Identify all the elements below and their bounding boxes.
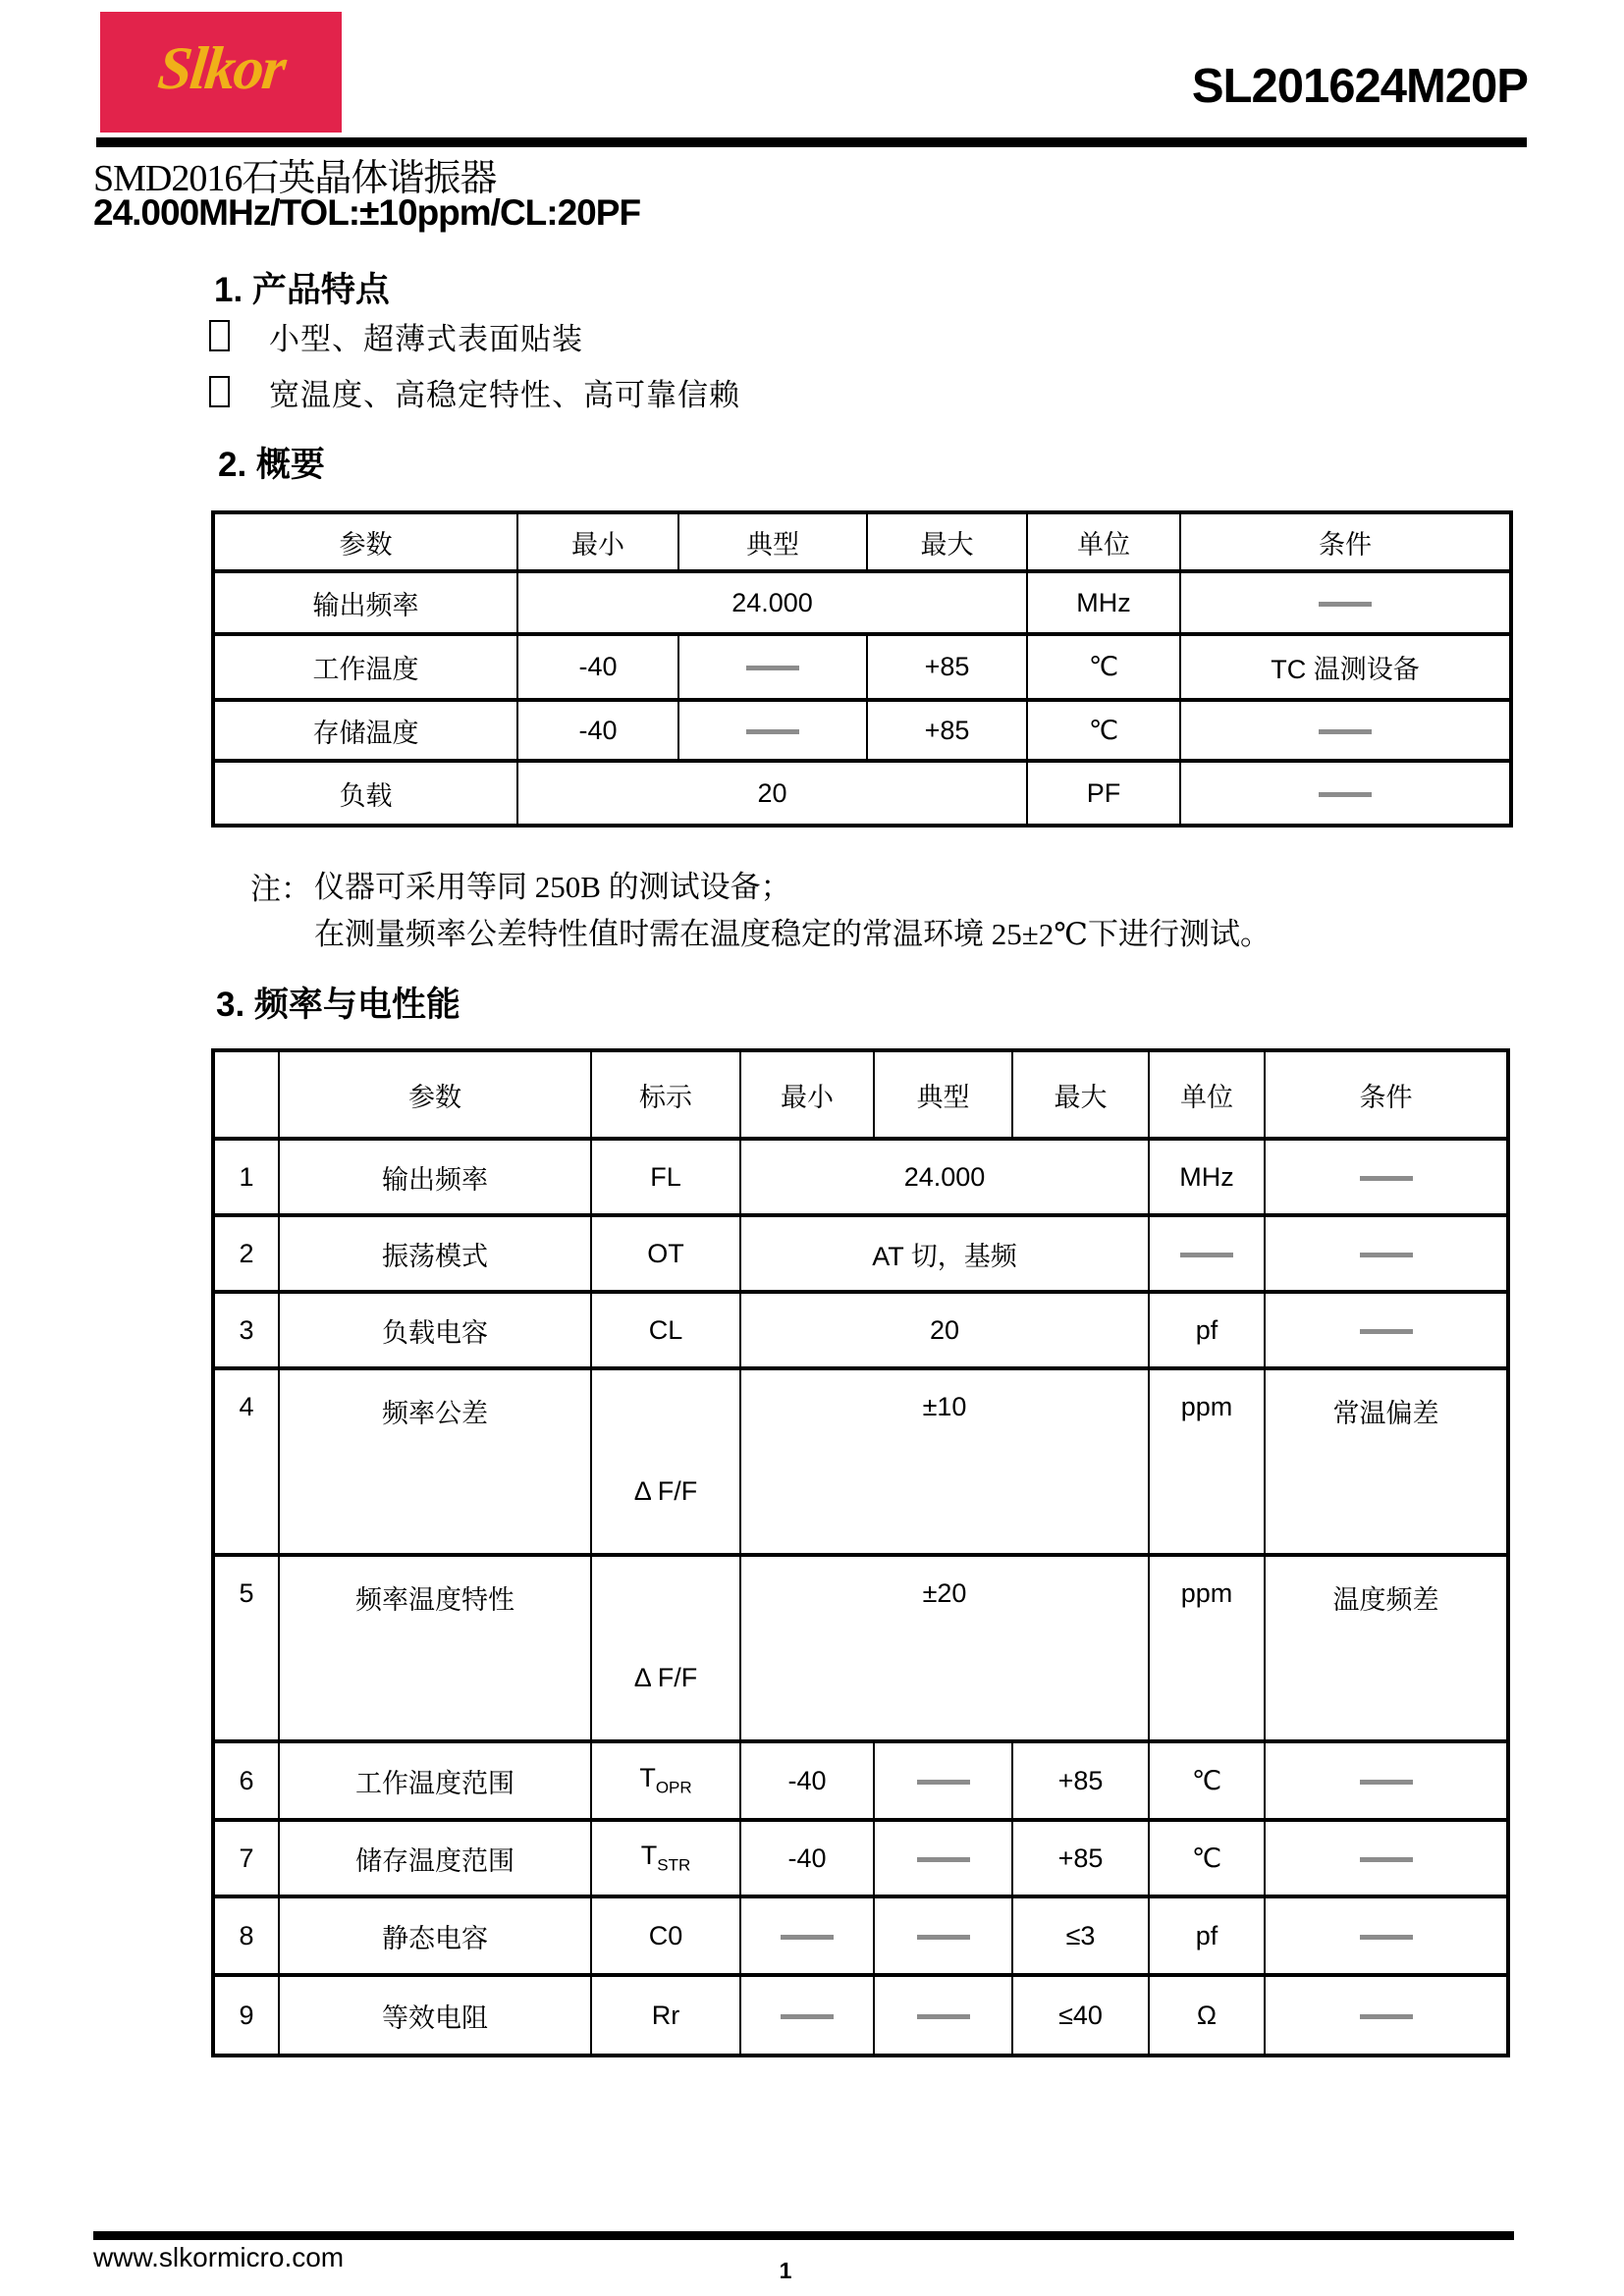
table-header-row: 参数 标示 最小 典型 最大 单位 条件 bbox=[213, 1050, 1508, 1139]
cell-param: 工作温度范围 bbox=[279, 1741, 591, 1820]
cell-index: 3 bbox=[213, 1292, 279, 1368]
col-header-symbol: 标示 bbox=[591, 1050, 740, 1139]
cell-unit: ℃ bbox=[1027, 634, 1180, 700]
dash-placeholder: —— bbox=[917, 1780, 970, 1785]
col-header-min: 最小 bbox=[740, 1050, 874, 1139]
section1-heading: 1. 产品特点 bbox=[214, 263, 390, 312]
bullet-box-icon bbox=[209, 376, 230, 407]
dash-placeholder: —— bbox=[1360, 1253, 1413, 1257]
table-row: 输出频率 24.000 MHz —— bbox=[213, 571, 1511, 634]
table-row: 4 频率公差 Δ F/F ±10 ppm 常温偏差 bbox=[213, 1368, 1508, 1555]
feature-text: 宽温度、高稳定特性、高可靠信赖 bbox=[269, 370, 740, 414]
cell-min: -40 bbox=[740, 1820, 874, 1896]
dash-placeholder: —— bbox=[746, 666, 799, 670]
cell-param: 频率公差 bbox=[279, 1368, 591, 1555]
col-header-typ: 典型 bbox=[874, 1050, 1012, 1139]
cell-min: -40 bbox=[517, 700, 678, 761]
cell-param: 输出频率 bbox=[213, 571, 517, 634]
cell-param: 静态电容 bbox=[279, 1896, 591, 1975]
col-header-unit: 单位 bbox=[1027, 512, 1180, 571]
cell-symbol: TOPR bbox=[591, 1741, 740, 1820]
page-number: 1 bbox=[0, 2258, 1571, 2284]
cell-typ: —— bbox=[874, 1820, 1012, 1896]
cell-unit: ℃ bbox=[1027, 700, 1180, 761]
header-divider bbox=[96, 137, 1527, 147]
cell-value: 20 bbox=[740, 1292, 1149, 1368]
section2-heading: 2. 概要 bbox=[218, 438, 325, 487]
cell-symbol: OT bbox=[591, 1215, 740, 1292]
dash-placeholder: —— bbox=[1360, 1935, 1413, 1940]
cell-value: 24.000 bbox=[517, 571, 1027, 634]
col-header-min: 最小 bbox=[517, 512, 678, 571]
note-line: 在测量频率公差特性值时需在温度稳定的常温环境 25±2℃下进行测试。 bbox=[314, 911, 1271, 958]
cell-typ: —— bbox=[874, 1975, 1012, 2056]
feature-item: 宽温度、高稳定特性、高可靠信赖 bbox=[209, 372, 740, 411]
cell-min: -40 bbox=[517, 634, 678, 700]
cell-symbol: CL bbox=[591, 1292, 740, 1368]
table-header-row: 参数 最小 典型 最大 单位 条件 bbox=[213, 512, 1511, 571]
cell-unit: ppm bbox=[1149, 1555, 1265, 1741]
dash-placeholder: —— bbox=[1360, 1780, 1413, 1785]
product-spec-line: 24.000MHz/TOL:±10ppm/CL:20PF bbox=[93, 192, 640, 234]
cell-param: 频率温度特性 bbox=[279, 1555, 591, 1741]
dash-placeholder: —— bbox=[781, 1935, 834, 1940]
dash-placeholder: —— bbox=[1319, 602, 1372, 607]
dash-placeholder: —— bbox=[917, 1935, 970, 1940]
col-header-param: 参数 bbox=[213, 512, 517, 571]
col-header-cond: 条件 bbox=[1265, 1050, 1508, 1139]
cell-symbol: C0 bbox=[591, 1896, 740, 1975]
cell-index: 7 bbox=[213, 1820, 279, 1896]
cell-symbol: TSTR bbox=[591, 1820, 740, 1896]
bullet-box-icon bbox=[209, 320, 230, 351]
dash-placeholder: —— bbox=[1180, 1253, 1233, 1257]
table-row: 9 等效电阻 Rr —— —— ≤40 Ω —— bbox=[213, 1975, 1508, 2056]
cell-cond: 温度频差 bbox=[1265, 1555, 1508, 1741]
cell-symbol: Δ F/F bbox=[591, 1368, 740, 1555]
dash-placeholder: —— bbox=[781, 2014, 834, 2019]
note-label: 注： bbox=[250, 864, 314, 958]
dash-placeholder: —— bbox=[1319, 792, 1372, 797]
cell-cond: —— bbox=[1180, 700, 1511, 761]
cell-max: +85 bbox=[1012, 1741, 1149, 1820]
dash-placeholder: —— bbox=[917, 2014, 970, 2019]
cell-cond: 常温偏差 bbox=[1265, 1368, 1508, 1555]
cell-max: ≤40 bbox=[1012, 1975, 1149, 2056]
cell-index: 1 bbox=[213, 1139, 279, 1215]
electrical-spec-table: 参数 标示 最小 典型 最大 单位 条件 1 输出频率 FL 24.000 MH… bbox=[211, 1048, 1510, 2057]
cell-index: 4 bbox=[213, 1368, 279, 1555]
cell-unit: MHz bbox=[1149, 1139, 1265, 1215]
section3-heading: 3. 频率与电性能 bbox=[216, 978, 460, 1027]
cell-index: 9 bbox=[213, 1975, 279, 2056]
cell-cond: —— bbox=[1265, 1975, 1508, 2056]
col-header-max: 最大 bbox=[867, 512, 1027, 571]
cell-index: 8 bbox=[213, 1896, 279, 1975]
cell-cond: TC 温测设备 bbox=[1180, 634, 1511, 700]
feature-text: 小型、超薄式表面贴装 bbox=[269, 314, 583, 358]
dash-placeholder: —— bbox=[1360, 2014, 1413, 2019]
cell-unit: ℃ bbox=[1149, 1820, 1265, 1896]
dash-placeholder: —— bbox=[1360, 1176, 1413, 1181]
table-row: 负载 20 PF —— bbox=[213, 761, 1511, 826]
cell-cond: —— bbox=[1265, 1820, 1508, 1896]
cell-cond: —— bbox=[1180, 571, 1511, 634]
cell-typ: —— bbox=[678, 700, 867, 761]
feature-item: 小型、超薄式表面贴装 bbox=[209, 316, 740, 355]
feature-list: 小型、超薄式表面贴装 宽温度、高稳定特性、高可靠信赖 bbox=[209, 316, 740, 428]
table-row: 5 频率温度特性 Δ F/F ±20 ppm 温度频差 bbox=[213, 1555, 1508, 1741]
footer-divider bbox=[93, 2231, 1514, 2240]
cell-param: 储存温度范围 bbox=[279, 1820, 591, 1896]
cell-param: 存储温度 bbox=[213, 700, 517, 761]
cell-unit: pf bbox=[1149, 1896, 1265, 1975]
dash-placeholder: —— bbox=[917, 1857, 970, 1862]
cell-unit: PF bbox=[1027, 761, 1180, 826]
cell-unit: —— bbox=[1149, 1215, 1265, 1292]
cell-param: 负载电容 bbox=[279, 1292, 591, 1368]
cell-max: +85 bbox=[867, 700, 1027, 761]
cell-value: 20 bbox=[517, 761, 1027, 826]
cell-value: 24.000 bbox=[740, 1139, 1149, 1215]
note-line: 仪器可采用等同 250B 的测试设备； bbox=[314, 864, 1271, 911]
cell-cond: —— bbox=[1180, 761, 1511, 826]
table-row: 3 负载电容 CL 20 pf —— bbox=[213, 1292, 1508, 1368]
dash-placeholder: —— bbox=[1360, 1329, 1413, 1334]
cell-cond: —— bbox=[1265, 1215, 1508, 1292]
table-row: 7 储存温度范围 TSTR -40 —— +85 ℃ —— bbox=[213, 1820, 1508, 1896]
cell-value: ±20 bbox=[740, 1555, 1149, 1741]
cell-cond: —— bbox=[1265, 1292, 1508, 1368]
dash-placeholder: —— bbox=[746, 729, 799, 734]
col-header-param: 参数 bbox=[279, 1050, 591, 1139]
cell-unit: ppm bbox=[1149, 1368, 1265, 1555]
cell-max: +85 bbox=[867, 634, 1027, 700]
summary-table: 参数 最小 典型 最大 单位 条件 输出频率 24.000 MHz —— 工作温… bbox=[211, 510, 1513, 828]
table-row: 存储温度 -40 —— +85 ℃ —— bbox=[213, 700, 1511, 761]
table-row: 2 振荡模式 OT AT 切，基频 —— —— bbox=[213, 1215, 1508, 1292]
table-row: 工作温度 -40 —— +85 ℃ TC 温测设备 bbox=[213, 634, 1511, 700]
cell-min: —— bbox=[740, 1975, 874, 2056]
datasheet-page: Slkor SL201624M20P SMD2016石英晶体谐振器 24.000… bbox=[0, 0, 1624, 2296]
cell-max: ≤3 bbox=[1012, 1896, 1149, 1975]
cell-symbol: FL bbox=[591, 1139, 740, 1215]
cell-symbol: Rr bbox=[591, 1975, 740, 2056]
cell-value: ±10 bbox=[740, 1368, 1149, 1555]
col-header-index bbox=[213, 1050, 279, 1139]
cell-param: 振荡模式 bbox=[279, 1215, 591, 1292]
cell-cond: —— bbox=[1265, 1896, 1508, 1975]
cell-unit: Ω bbox=[1149, 1975, 1265, 2056]
cell-param: 等效电阻 bbox=[279, 1975, 591, 2056]
table-row: 8 静态电容 C0 —— —— ≤3 pf —— bbox=[213, 1896, 1508, 1975]
dash-placeholder: —— bbox=[1360, 1857, 1413, 1862]
col-header-typ: 典型 bbox=[678, 512, 867, 571]
cell-param: 输出频率 bbox=[279, 1139, 591, 1215]
note-block: 注： 仪器可采用等同 250B 的测试设备； 在测量频率公差特性值时需在温度稳定… bbox=[250, 864, 1271, 958]
slkor-logo-text: Slkor bbox=[154, 34, 288, 110]
cell-typ: —— bbox=[874, 1741, 1012, 1820]
cell-typ: —— bbox=[874, 1896, 1012, 1975]
cell-index: 5 bbox=[213, 1555, 279, 1741]
cell-unit: MHz bbox=[1027, 571, 1180, 634]
cell-index: 6 bbox=[213, 1741, 279, 1820]
cell-min: —— bbox=[740, 1896, 874, 1975]
cell-value: AT 切，基频 bbox=[740, 1215, 1149, 1292]
cell-unit: pf bbox=[1149, 1292, 1265, 1368]
col-header-cond: 条件 bbox=[1180, 512, 1511, 571]
part-number-title: SL201624M20P bbox=[1192, 59, 1528, 114]
cell-index: 2 bbox=[213, 1215, 279, 1292]
col-header-unit: 单位 bbox=[1149, 1050, 1265, 1139]
cell-typ: —— bbox=[678, 634, 867, 700]
cell-cond: —— bbox=[1265, 1139, 1508, 1215]
cell-param: 负载 bbox=[213, 761, 517, 826]
dash-placeholder: —— bbox=[1319, 729, 1372, 734]
table-row: 6 工作温度范围 TOPR -40 —— +85 ℃ —— bbox=[213, 1741, 1508, 1820]
cell-max: +85 bbox=[1012, 1820, 1149, 1896]
col-header-max: 最大 bbox=[1012, 1050, 1149, 1139]
cell-param: 工作温度 bbox=[213, 634, 517, 700]
cell-min: -40 bbox=[740, 1741, 874, 1820]
table-row: 1 输出频率 FL 24.000 MHz —— bbox=[213, 1139, 1508, 1215]
cell-symbol: Δ F/F bbox=[591, 1555, 740, 1741]
cell-cond: —— bbox=[1265, 1741, 1508, 1820]
slkor-logo: Slkor bbox=[100, 12, 342, 133]
cell-unit: ℃ bbox=[1149, 1741, 1265, 1820]
